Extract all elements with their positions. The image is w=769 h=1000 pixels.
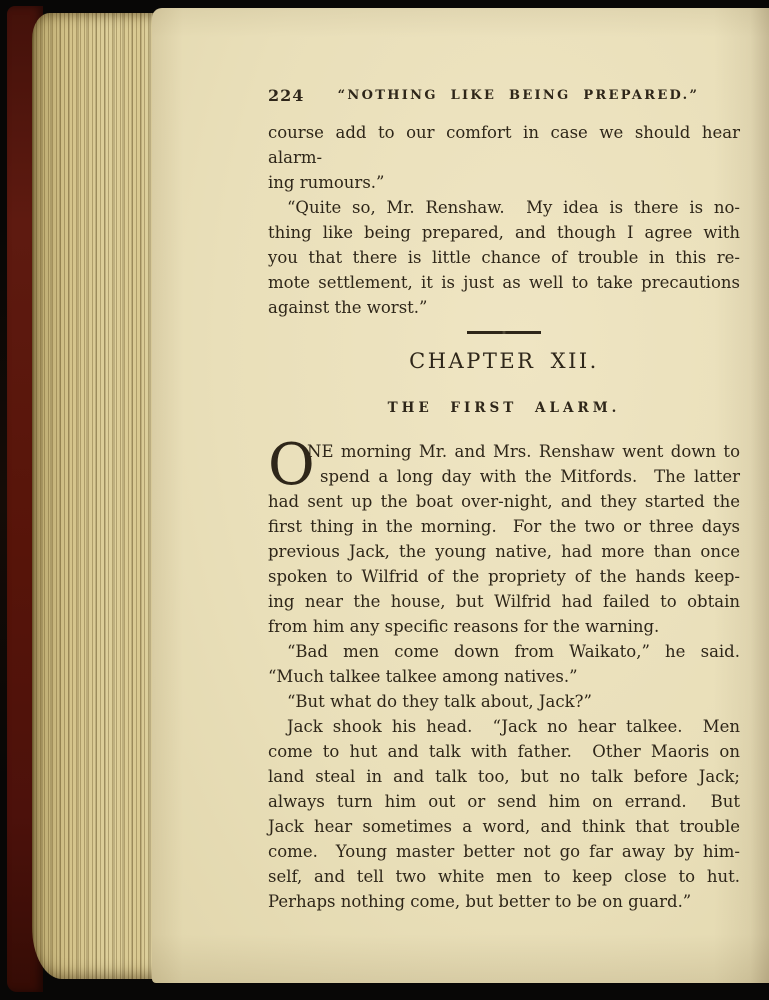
page-number: 224 xyxy=(268,86,304,105)
page-header: 224 “NOTHING LIKE BEING PREPARED.” xyxy=(268,84,740,106)
text-line: self, and tell two white men to keep clo… xyxy=(268,864,740,889)
page-fore-edge xyxy=(32,13,154,979)
paragraph-continuation: course add to our comfort in case we sho… xyxy=(268,120,740,195)
text-line: come to hut and talk with father. Other … xyxy=(268,739,740,764)
text-line: against the worst.” xyxy=(268,295,740,320)
paragraph-but-what: “But what do they talk about, Jack?” xyxy=(268,689,740,714)
running-header: “NOTHING LIKE BEING PREPARED.” xyxy=(338,88,700,103)
text-line: spend a long day with the Mitfords. The … xyxy=(268,464,740,489)
paragraph-jack-shook: Jack shook his head. “Jack no hear talke… xyxy=(268,714,740,914)
paragraph-bad-men: “Bad men come down from Waikato,” he sai… xyxy=(268,639,740,689)
text-line: ing near the house, but Wilfrid had fail… xyxy=(268,589,740,614)
text-line: had sent up the boat over-night, and the… xyxy=(268,489,740,514)
text-line: Jack shook his head. “Jack no hear talke… xyxy=(268,714,740,739)
text-line: Jack hear sometimes a word, and think th… xyxy=(268,814,740,839)
text-line: spoken to Wilfrid of the propriety of th… xyxy=(268,564,740,589)
text-line: land steal in and talk too, but no talk … xyxy=(268,764,740,789)
text-line: mote settlement, it is just as well to t… xyxy=(268,270,740,295)
paragraph-quite-so: “Quite so, Mr. Renshaw. My idea is there… xyxy=(268,195,740,320)
text-line: from him any specific reasons for the wa… xyxy=(268,614,740,639)
text-line: come. Young master better not go far awa… xyxy=(268,839,740,864)
text-line: “Bad men come down from Waikato,” he sai… xyxy=(268,639,740,664)
text-line: “But what do they talk about, Jack?” xyxy=(268,689,740,714)
text-line: “Quite so, Mr. Renshaw. My idea is there… xyxy=(268,195,740,220)
text-line: NE morning Mr. and Mrs. Renshaw went dow… xyxy=(268,439,740,464)
paragraph-one-morning: O NE morning Mr. and Mrs. Renshaw went d… xyxy=(268,439,740,639)
section-divider xyxy=(467,331,541,334)
text-line: Perhaps nothing come, but better to be o… xyxy=(268,889,740,914)
book-page: 224 “NOTHING LIKE BEING PREPARED.” cours… xyxy=(152,8,769,983)
text-line: course add to our comfort in case we sho… xyxy=(268,120,740,170)
text-line: first thing in the morning. For the two … xyxy=(268,514,740,539)
text-line: “Much talkee talkee among natives.” xyxy=(268,664,740,689)
chapter-heading: CHAPTER XII. xyxy=(268,349,740,373)
chapter-subtitle: THE FIRST ALARM. xyxy=(268,399,740,417)
text-line: previous Jack, the young native, had mor… xyxy=(268,539,740,564)
text-line: ing rumours.” xyxy=(268,170,740,195)
drop-cap: O xyxy=(268,443,315,488)
text-line: always turn him out or send him on erran… xyxy=(268,789,740,814)
page-body: course add to our comfort in case we sho… xyxy=(268,120,740,914)
text-line: thing like being prepared, and though I … xyxy=(268,220,740,245)
text-line: you that there is little chance of troub… xyxy=(268,245,740,270)
